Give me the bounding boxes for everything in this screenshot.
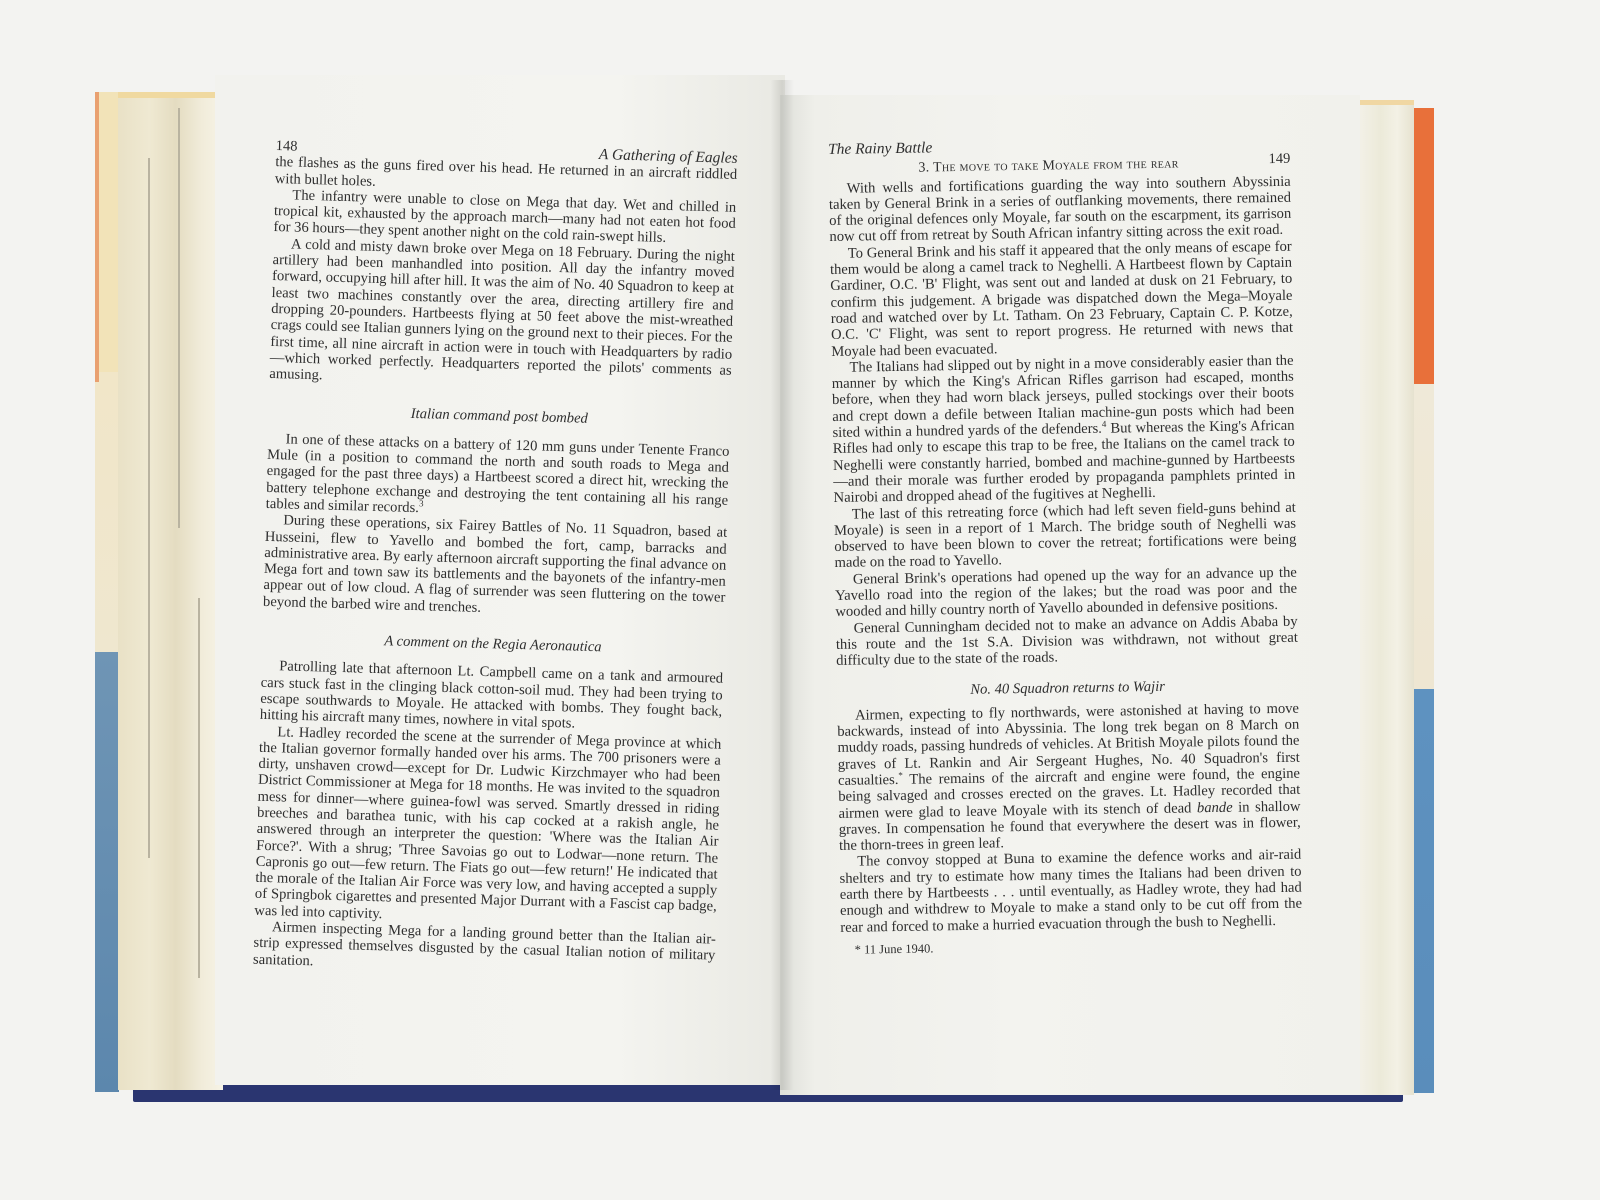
section-subheading: Italian command post bombed — [268, 402, 730, 431]
paragraph: The Italians had slipped out by night in… — [831, 353, 1295, 507]
dust-jacket-left-edge — [95, 92, 119, 1092]
paragraph: During these operations, six Fairey Batt… — [263, 512, 728, 623]
paragraph: General Brink's operations had opened up… — [835, 564, 1298, 620]
page-number: 148 — [276, 138, 298, 155]
paragraph: The convoy stopped at Buna to examine th… — [839, 847, 1302, 936]
jacket-orange-stripe — [95, 92, 99, 382]
running-title: The Rainy Battle — [828, 140, 932, 158]
section-subheading: No. 40 Squadron returns to Wajir — [837, 676, 1299, 700]
paragraph: The last of this retreating force (which… — [834, 499, 1297, 571]
paragraph: To General Brink and his staff it appear… — [830, 239, 1294, 360]
footnote-ref: 3 — [419, 498, 424, 508]
book-gutter — [770, 80, 794, 1090]
page-stack-left — [118, 92, 223, 1090]
open-book-photo: 148 A Gathering of Eagles the flashes as… — [0, 0, 1600, 1200]
paragraph: General Cunningham decided not to make a… — [836, 613, 1299, 669]
paragraph: A cold and misty dawn broke over Mega on… — [269, 236, 735, 396]
paragraph: Airmen, expecting to fly northwards, wer… — [837, 700, 1301, 854]
paragraph: Patrolling late that afternoon Lt. Campb… — [260, 658, 724, 736]
paragraph: In one of these attacks on a battery of … — [266, 431, 730, 525]
right-page-text: The Rainy Battle 3. The move to take Moy… — [828, 135, 1303, 958]
page-number: 149 — [1268, 151, 1290, 174]
left-page-text: 148 A Gathering of Eagles the flashes as… — [253, 138, 738, 981]
dust-jacket-right-edge — [1412, 108, 1434, 1093]
section-subheading: A comment on the Regia Aeronautica — [262, 630, 724, 659]
paragraph: Lt. Hadley recorded the scene at the sur… — [254, 723, 721, 931]
page-stack-right — [1358, 100, 1414, 1095]
paragraph: With wells and fortifications guarding t… — [829, 173, 1292, 245]
